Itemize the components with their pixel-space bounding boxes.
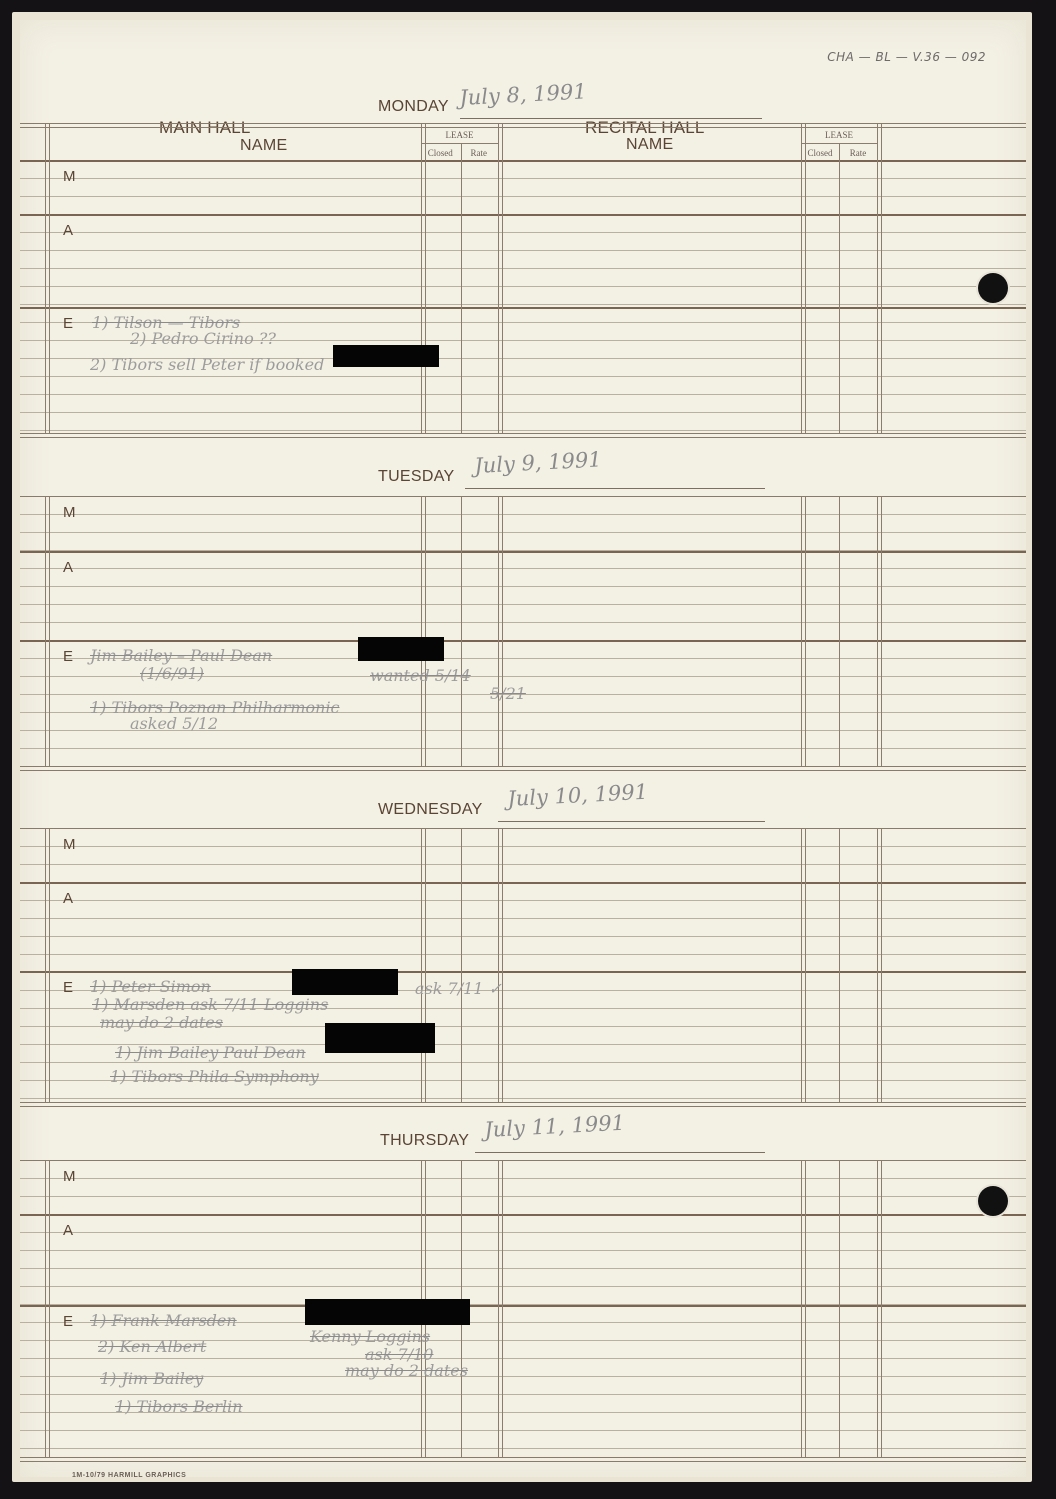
printer-imprint: 1M-10/79 HARMILL GRAPHICS (72, 1472, 186, 1479)
date-line (465, 488, 765, 489)
ruled-line (20, 604, 1026, 605)
ruled-line (20, 1250, 1026, 1251)
period-label-a: A (63, 1222, 73, 1239)
ruled-line (20, 1196, 1026, 1197)
handwritten-entry: may do 2 dates (100, 1013, 223, 1032)
lease-column-rule (461, 143, 462, 433)
period-label-m: M (63, 836, 76, 853)
column-rule (801, 1160, 806, 1457)
left-margin-rule (45, 123, 50, 433)
day-name: WEDNESDAY (378, 801, 483, 819)
handwritten-date: July 10, 1991 (507, 780, 649, 811)
handwritten-date: July 8, 1991 (459, 79, 587, 110)
period-label-e: E (63, 979, 73, 996)
ruled-line (20, 1178, 1026, 1179)
ruled-line (20, 1268, 1026, 1269)
recital-closed-header: Closed (801, 148, 839, 158)
handwritten-date: July 9, 1991 (474, 447, 602, 478)
ruled-line (20, 1448, 1026, 1449)
handwritten-entry: 1) Peter Simon (90, 977, 211, 996)
ruled-line (20, 1286, 1026, 1287)
ruled-line (20, 1394, 1026, 1395)
ruled-line (20, 376, 1026, 377)
section-bottom-rule (20, 1102, 1026, 1107)
column-rule (498, 1160, 503, 1457)
period-divider-evening (20, 307, 1026, 309)
lease-column-rule (839, 143, 840, 433)
period-divider-evening (20, 640, 1026, 642)
main-lease-divider (421, 143, 498, 144)
recital-hall-label: RECITAL HALL (585, 118, 705, 138)
ruled-line (20, 936, 1026, 937)
section-bottom-rule (20, 1457, 1026, 1462)
period-label-a: A (63, 222, 73, 239)
handwritten-entry: 1) Tibors Berlin (115, 1397, 243, 1416)
column-rule (877, 1160, 882, 1457)
day-heading-thursday: THURSDAYJuly 11, 1991 (20, 1124, 1026, 1154)
ruled-line (20, 1062, 1026, 1063)
handwritten-date: July 11, 1991 (484, 1111, 626, 1142)
ruled-line (20, 232, 1026, 233)
period-divider-afternoon (20, 551, 1026, 553)
section-bottom-rule (20, 433, 1026, 438)
handwritten-entry: 1) Jim Bailey (100, 1369, 203, 1388)
ruled-line (20, 196, 1026, 197)
header-top-rule (20, 123, 1026, 128)
column-rule (801, 496, 806, 766)
day-name: THURSDAY (380, 1132, 469, 1150)
column-rule (421, 496, 426, 766)
handwritten-entry: 2) Ken Albert (98, 1337, 206, 1356)
handwritten-entry: wanted 5/14 (370, 666, 471, 685)
period-label-e: E (63, 315, 73, 332)
recital-lease-header: LEASE (801, 130, 877, 140)
ruled-line (20, 514, 1026, 515)
day-heading-tuesday: TUESDAYJuly 9, 1991 (20, 460, 1026, 490)
main-lease-header: LEASE (421, 130, 498, 140)
ruled-line (20, 622, 1026, 623)
period-label-m: M (63, 504, 76, 521)
lease-column-rule (839, 828, 840, 1102)
column-rule (498, 123, 503, 433)
period-label-m: M (63, 1168, 76, 1185)
handwritten-entry: 1) Frank Marsden (90, 1311, 237, 1330)
day-heading-wednesday: WEDNESDAYJuly 10, 1991 (20, 793, 1026, 823)
lease-column-rule (461, 828, 462, 1102)
ruled-line (20, 918, 1026, 919)
period-divider-evening (20, 971, 1026, 973)
handwritten-entry: 5/21 (490, 684, 526, 703)
period-label-e: E (63, 648, 73, 665)
punch-hole (978, 273, 1008, 303)
column-rule (421, 828, 426, 1102)
ruled-line (20, 268, 1026, 269)
column-rule (801, 828, 806, 1102)
redaction-block (358, 637, 444, 661)
period-divider-evening (20, 1305, 1026, 1307)
period-label-a: A (63, 559, 73, 576)
archive-reference-id: CHA — BL — V.36 — 092 (827, 50, 986, 64)
redaction-block (325, 1023, 435, 1053)
handwritten-entry: Kenny Loggins (310, 1327, 430, 1346)
handwritten-entry: 1) Marsden ask 7/11 Loggins (92, 995, 328, 1014)
redaction-block (292, 969, 398, 995)
left-margin-rule (45, 828, 50, 1102)
ruled-line (20, 846, 1026, 847)
recital-hall-name-header: NAME (626, 136, 673, 154)
ruled-line (20, 864, 1026, 865)
column-rule (498, 496, 503, 766)
column-rule (877, 496, 882, 766)
column-rule (498, 828, 503, 1102)
period-label-a: A (63, 890, 73, 907)
header-bottom-rule (20, 160, 1026, 162)
handwritten-entry: ask 7/11 ✓ (415, 979, 502, 998)
date-line (498, 821, 765, 822)
period-divider-afternoon (20, 882, 1026, 884)
ruled-line (20, 286, 1026, 287)
column-rule (877, 123, 882, 433)
ruled-line (20, 954, 1026, 955)
handwritten-entry: 2) Pedro Cirino ?? (130, 329, 276, 348)
recital-rate-header: Rate (839, 148, 877, 158)
redaction-block (333, 345, 439, 367)
ruled-line (20, 178, 1026, 179)
ruled-line (20, 748, 1026, 749)
handwritten-entry: 1) Jim Bailey Paul Dean (115, 1043, 306, 1062)
lease-column-rule (839, 496, 840, 766)
date-line (460, 118, 762, 119)
ruled-line (20, 394, 1026, 395)
ruled-line (20, 1358, 1026, 1359)
punch-hole (978, 1186, 1008, 1216)
ruled-line (20, 900, 1026, 901)
ruled-line (20, 1098, 1026, 1099)
ruled-line (20, 1232, 1026, 1233)
main-rate-header: Rate (460, 148, 499, 158)
period-divider-afternoon (20, 1214, 1026, 1216)
handwritten-entry: (1/6/91) (140, 664, 204, 683)
ruled-line (20, 1430, 1026, 1431)
handwritten-entry: may do 2 dates (345, 1361, 468, 1380)
handwritten-entry: 2) Tibors sell Peter if booked (90, 355, 324, 374)
lease-column-rule (461, 496, 462, 766)
column-rule (877, 828, 882, 1102)
section-top-rule (20, 496, 1026, 497)
period-divider-afternoon (20, 214, 1026, 216)
section-bottom-rule (20, 766, 1026, 771)
ruled-line (20, 250, 1026, 251)
lease-column-rule (839, 1160, 840, 1457)
ruled-line (20, 304, 1026, 305)
period-label-m: M (63, 168, 76, 185)
day-heading-monday: MONDAY July 8, 1991 (20, 90, 1026, 120)
ruled-line (20, 532, 1026, 533)
main-hall-name-header: NAME (240, 137, 287, 155)
period-label-e: E (63, 1313, 73, 1330)
section-top-rule (20, 828, 1026, 829)
handwritten-entry: Jim Bailey – Paul Dean (90, 646, 272, 665)
ruled-line (20, 412, 1026, 413)
section-top-rule (20, 1160, 1026, 1161)
handwritten-entry: asked 5/12 (130, 714, 218, 733)
day-name: TUESDAY (378, 468, 454, 486)
date-line (475, 1152, 765, 1153)
main-closed-header: Closed (421, 148, 460, 158)
column-rule (801, 123, 806, 433)
ruled-line (20, 586, 1026, 587)
left-margin-rule (45, 496, 50, 766)
column-rule (421, 123, 426, 433)
day-name: MONDAY (378, 98, 449, 116)
main-hall-label: MAIN HALL (159, 118, 251, 138)
ruled-line (20, 430, 1026, 431)
booking-ledger-page: CHA — BL — V.36 — 092 MAIN HALL RECITAL … (20, 20, 1026, 1477)
ruled-line (20, 568, 1026, 569)
redaction-block (305, 1299, 470, 1325)
left-margin-rule (45, 1160, 50, 1457)
handwritten-entry: 1) Tibors Phila Symphony (110, 1067, 319, 1086)
